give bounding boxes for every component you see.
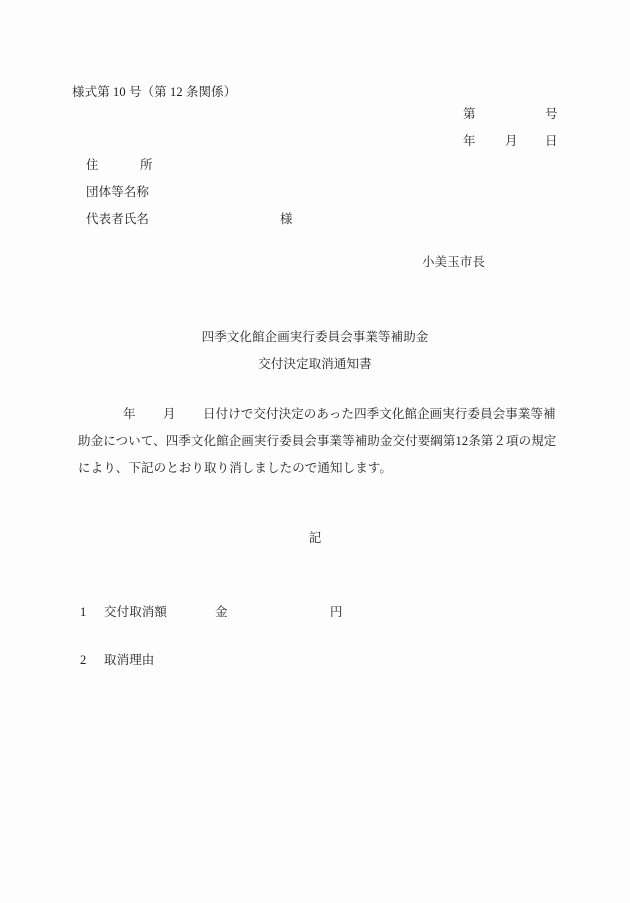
body-line1-year: 年 xyxy=(123,407,136,421)
record-marker: 記 xyxy=(0,531,630,545)
address-label-part2: 所 xyxy=(140,158,153,172)
item1-label: 交付取消額 xyxy=(104,605,167,619)
item1-number: 1 xyxy=(80,605,86,619)
item1-amount-prefix: 金 xyxy=(215,605,228,619)
item1-amount-suffix: 円 xyxy=(330,605,343,619)
item2-number: 2 xyxy=(80,653,86,667)
item2-label: 取消理由 xyxy=(104,653,154,667)
honorific-label: 様 xyxy=(280,212,293,226)
document-title-line1: 四季文化館企画実行委員会事業等補助金 xyxy=(0,330,630,344)
address-label-part1: 住 xyxy=(86,158,99,172)
sender-name: 小美玉市長 xyxy=(422,255,485,269)
doc-number-prefix: 第 xyxy=(463,107,476,121)
body-line2-text: 助金について、四季文化館企画実行委員会事業等補助金交付要綱第12条第２項の規定 xyxy=(78,434,556,448)
document-page: 様式第 10 号（第 12 条関係） 第 号 年 月 日 住 所 団体等名称 代… xyxy=(0,0,630,903)
document-title-line2: 交付決定取消通知書 xyxy=(0,357,630,371)
date-year-label: 年 xyxy=(463,134,476,148)
form-number: 様式第 10 号（第 12 条関係） xyxy=(72,85,236,99)
doc-number-suffix: 号 xyxy=(545,107,558,121)
organization-label: 団体等名称 xyxy=(86,185,149,199)
body-line1-text: 日付けで交付決定のあった四季文化館企画実行委員会事業等補 xyxy=(203,407,556,421)
date-day-label: 日 xyxy=(545,134,558,148)
body-line3-text: により、下記のとおり取り消しましたので通知します。 xyxy=(78,461,392,475)
representative-label: 代表者氏名 xyxy=(86,212,149,226)
date-month-label: 月 xyxy=(505,134,518,148)
body-line1-month: 月 xyxy=(163,407,176,421)
